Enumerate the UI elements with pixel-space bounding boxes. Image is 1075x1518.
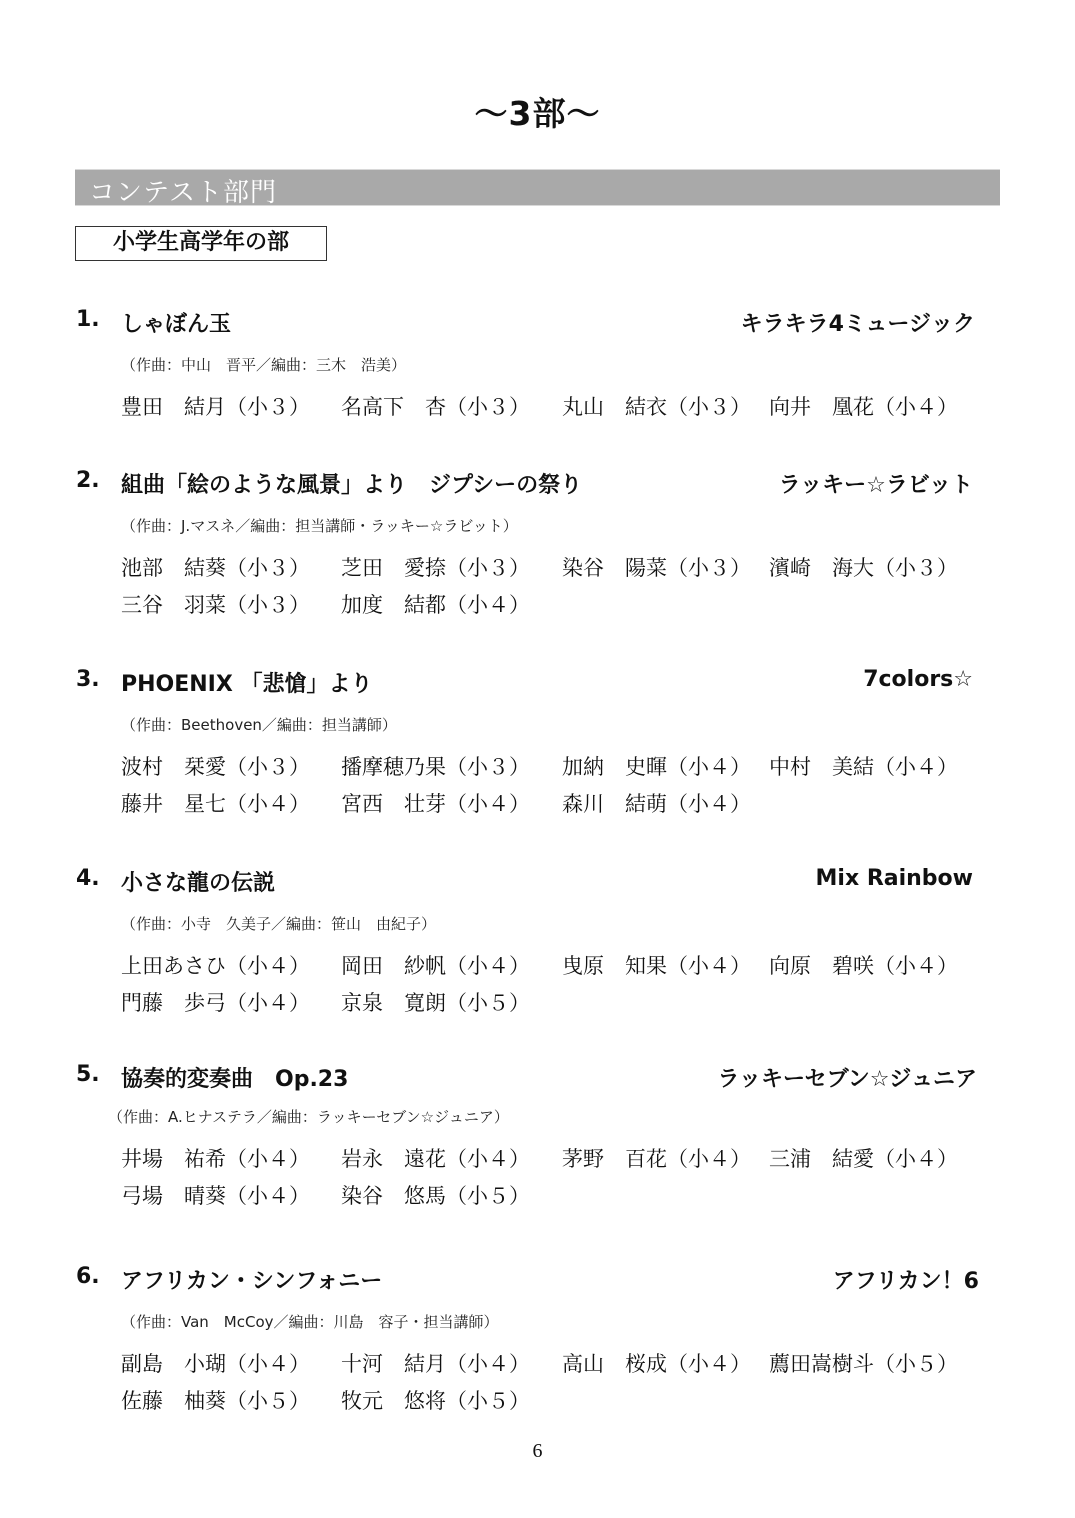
member-list: 副島 小瑚（小４） 十河 結月（小４） 高山 桜成（小４） 薦田嵩樹斗（小５） … bbox=[121, 1348, 981, 1422]
entry-number: 3. bbox=[76, 667, 100, 692]
member-name: 宮西 壮芽（小４） bbox=[341, 788, 530, 818]
member-name: 門藤 歩弓（小４） bbox=[121, 987, 310, 1017]
member-list: 豊田 結月（小３） 名高下 杏（小３） 丸山 結衣（小３） 向井 凰花（小４） bbox=[121, 391, 981, 428]
member-row: 弓場 晴葵（小４） 染谷 悠馬（小５） bbox=[121, 1180, 981, 1217]
member-name: 藤井 星七（小４） bbox=[121, 788, 310, 818]
member-name: 播摩穂乃果（小３） bbox=[341, 751, 530, 781]
member-name: 十河 結月（小４） bbox=[341, 1348, 530, 1378]
entry-credit: （作曲：Van McCoy／編曲：川島 容子・担当講師） bbox=[121, 1311, 499, 1332]
entry-title: アフリカン・シンフォニー bbox=[121, 1264, 382, 1295]
member-name: 佐藤 柚葵（小５） bbox=[121, 1385, 310, 1415]
member-name: 加度 結都（小４） bbox=[341, 589, 530, 619]
member-name: 茅野 百花（小４） bbox=[562, 1143, 751, 1173]
member-name: 染谷 陽菜（小３） bbox=[562, 552, 751, 582]
member-row: 藤井 星七（小４） 宮西 壮芽（小４） 森川 結萌（小４） bbox=[121, 788, 981, 825]
member-name: 向井 凰花（小４） bbox=[769, 391, 958, 421]
entry-number: 1. bbox=[76, 307, 100, 332]
entry-group-name: ラッキーセブン☆ジュニア bbox=[717, 1062, 977, 1093]
member-row: 三谷 羽菜（小３） 加度 結都（小４） bbox=[121, 589, 981, 626]
member-name: 薦田嵩樹斗（小５） bbox=[769, 1348, 958, 1378]
member-row: 波村 栞愛（小３） 播摩穂乃果（小３） 加納 史暉（小４） 中村 美結（小４） bbox=[121, 751, 981, 788]
section-header-bar: コンテスト部門 bbox=[75, 169, 1000, 206]
entry-title: しゃぼん玉 bbox=[121, 307, 231, 338]
member-name: 岩永 遠花（小４） bbox=[341, 1143, 530, 1173]
member-list: 波村 栞愛（小３） 播摩穂乃果（小３） 加納 史暉（小４） 中村 美結（小４） … bbox=[121, 751, 981, 825]
entry-title: 小さな龍の伝説 bbox=[121, 866, 275, 897]
member-name: 京泉 寛朗（小５） bbox=[341, 987, 530, 1017]
member-list: 井場 祐希（小４） 岩永 遠花（小４） 茅野 百花（小４） 三浦 結愛（小４） … bbox=[121, 1143, 981, 1217]
entry-group-name: 7colors☆ bbox=[863, 667, 973, 692]
entry-credit: （作曲：Beethoven／編曲：担当講師） bbox=[121, 714, 397, 735]
entry-number: 5. bbox=[76, 1062, 100, 1087]
entry-credit: （作曲：小寺 久美子／編曲：笹山 由紀子） bbox=[121, 913, 436, 934]
entry-title: PHOENIX 「悲愴」より bbox=[121, 667, 373, 698]
member-name: 三谷 羽菜（小３） bbox=[121, 589, 310, 619]
member-name: 向原 碧咲（小４） bbox=[769, 950, 958, 980]
entry-credit: （作曲：A.ヒナステラ／編曲：ラッキーセブン☆ジュニア） bbox=[108, 1106, 509, 1127]
member-name: 森川 結萌（小４） bbox=[562, 788, 751, 818]
member-row: 上田あさひ（小４） 岡田 紗帆（小４） 曳原 知果（小４） 向原 碧咲（小４） bbox=[121, 950, 981, 987]
member-name: 濱崎 海大（小３） bbox=[769, 552, 958, 582]
member-list: 上田あさひ（小４） 岡田 紗帆（小４） 曳原 知果（小４） 向原 碧咲（小４） … bbox=[121, 950, 981, 1024]
program-entry: 3. PHOENIX 「悲愴」より 7colors☆ （作曲：Beethoven… bbox=[0, 667, 1075, 701]
entry-title: 協奏的変奏曲 Op.23 bbox=[121, 1062, 348, 1093]
entry-title: 組曲「絵のような風景」より ジプシーの祭り bbox=[121, 468, 582, 499]
member-name: 上田あさひ（小４） bbox=[121, 950, 310, 980]
entry-group-name: Mix Rainbow bbox=[816, 866, 973, 891]
member-name: 高山 桜成（小４） bbox=[562, 1348, 751, 1378]
program-entry: 2. 組曲「絵のような風景」より ジプシーの祭り ラッキー☆ラビット （作曲：J… bbox=[0, 468, 1075, 502]
member-list: 池部 結葵（小３） 芝田 愛捺（小３） 染谷 陽菜（小３） 濱崎 海大（小３） … bbox=[121, 552, 981, 626]
entry-group-name: キラキラ4ミュージック bbox=[741, 307, 975, 338]
member-name: 副島 小瑚（小４） bbox=[121, 1348, 310, 1378]
member-name: 池部 結葵（小３） bbox=[121, 552, 310, 582]
member-name: 弓場 晴葵（小４） bbox=[121, 1180, 310, 1210]
page-number: 6 bbox=[0, 1440, 1075, 1463]
member-name: 三浦 結愛（小４） bbox=[769, 1143, 958, 1173]
program-entry: 5. 協奏的変奏曲 Op.23 ラッキーセブン☆ジュニア （作曲：A.ヒナステラ… bbox=[0, 1062, 1075, 1096]
member-name: 丸山 結衣（小３） bbox=[562, 391, 751, 421]
member-name: 曳原 知果（小４） bbox=[562, 950, 751, 980]
entry-group-name: ラッキー☆ラビット bbox=[779, 468, 973, 499]
member-name: 名高下 杏（小３） bbox=[341, 391, 530, 421]
member-row: 池部 結葵（小３） 芝田 愛捺（小３） 染谷 陽菜（小３） 濱崎 海大（小３） bbox=[121, 552, 981, 589]
member-row: 佐藤 柚葵（小５） 牧元 悠将（小５） bbox=[121, 1385, 981, 1422]
member-row: 井場 祐希（小４） 岩永 遠花（小４） 茅野 百花（小４） 三浦 結愛（小４） bbox=[121, 1143, 981, 1180]
member-row: 豊田 結月（小３） 名高下 杏（小３） 丸山 結衣（小３） 向井 凰花（小４） bbox=[121, 391, 981, 428]
member-name: 中村 美結（小４） bbox=[769, 751, 958, 781]
page-title: ～3部～ bbox=[0, 88, 1075, 135]
entry-credit: （作曲：J.マスネ／編曲：担当講師・ラッキー☆ラビット） bbox=[121, 515, 518, 536]
entry-group-name: アフリカン！6 bbox=[833, 1264, 979, 1295]
member-name: 牧元 悠将（小５） bbox=[341, 1385, 530, 1415]
category-label-box: 小学生高学年の部 bbox=[75, 226, 327, 261]
member-name: 波村 栞愛（小３） bbox=[121, 751, 310, 781]
entry-number: 2. bbox=[76, 468, 100, 493]
entry-number: 4. bbox=[76, 866, 100, 891]
program-entry: 6. アフリカン・シンフォニー アフリカン！6 （作曲：Van McCoy／編曲… bbox=[0, 1264, 1075, 1298]
entry-number: 6. bbox=[76, 1264, 100, 1289]
program-entry: 4. 小さな龍の伝説 Mix Rainbow （作曲：小寺 久美子／編曲：笹山 … bbox=[0, 866, 1075, 900]
entry-credit: （作曲：中山 晋平／編曲：三木 浩美） bbox=[121, 354, 406, 375]
member-name: 加納 史暉（小４） bbox=[562, 751, 751, 781]
member-name: 芝田 愛捺（小３） bbox=[341, 552, 530, 582]
member-name: 豊田 結月（小３） bbox=[121, 391, 310, 421]
program-entry: 1. しゃぼん玉 キラキラ4ミュージック （作曲：中山 晋平／編曲：三木 浩美）… bbox=[0, 307, 1075, 341]
section-header-label: コンテスト部門 bbox=[89, 172, 277, 209]
member-row: 副島 小瑚（小４） 十河 結月（小４） 高山 桜成（小４） 薦田嵩樹斗（小５） bbox=[121, 1348, 981, 1385]
member-name: 岡田 紗帆（小４） bbox=[341, 950, 530, 980]
member-name: 染谷 悠馬（小５） bbox=[341, 1180, 530, 1210]
member-name: 井場 祐希（小４） bbox=[121, 1143, 310, 1173]
member-row: 門藤 歩弓（小４） 京泉 寛朗（小５） bbox=[121, 987, 981, 1024]
